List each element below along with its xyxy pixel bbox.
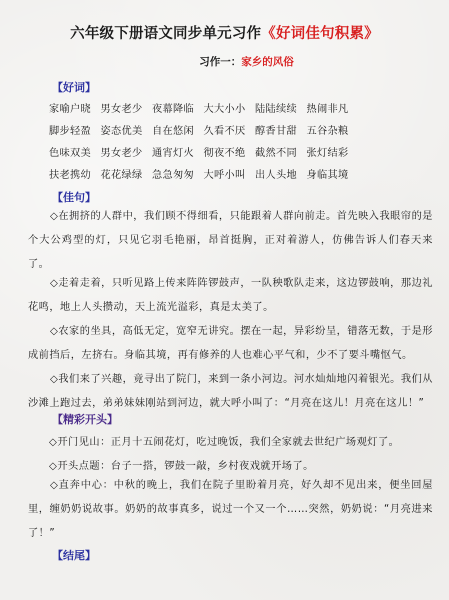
word: 夜幕降临 xyxy=(152,100,204,115)
word: 陆陆续续 xyxy=(255,100,307,115)
title-highlight: 《好词佳句积累》 xyxy=(261,26,379,42)
word: 身临其境 xyxy=(307,166,359,181)
word: 男女老少 xyxy=(101,100,153,115)
word: 扶老携幼 xyxy=(49,166,101,181)
word: 通宵灯火 xyxy=(152,144,204,159)
word: 醇香甘甜 xyxy=(255,122,307,137)
word: 热闹非凡 xyxy=(307,100,359,115)
word: 彻夜不绝 xyxy=(204,144,256,159)
section-heading-good-sentences: 【佳句】 xyxy=(52,189,96,205)
word-row: 扶老携幼花花绿绿急急匆匆大呼小叫出人头地身临其境 xyxy=(49,166,358,181)
opening-paragraph: ◇直奔中心：中秋的晚上，我们在院子里盼着月亮，好久却不见出来，便坐回屋里，缠奶奶… xyxy=(28,474,433,546)
word: 男女老少 xyxy=(101,144,153,159)
opening-item: ◇开头点题：台子一搭，锣鼓一敲，乡村夜戏就开场了。 xyxy=(49,457,314,472)
sentence-paragraph: ◇走着走着，只听见路上传来阵阵锣鼓声，一队秧歌队走来，这边锣鼓响，那边礼花鸣，地… xyxy=(28,272,433,320)
title-main: 六年级下册语文同步单元习作 xyxy=(70,26,261,42)
section-heading-endings: 【结尾】 xyxy=(52,547,96,563)
word: 截然不同 xyxy=(255,144,307,159)
sentence-paragraph: ◇在拥挤的人群中，我们顾不得细看，只能跟着人群向前走。首先映入我眼帘的是个大公鸡… xyxy=(28,205,433,277)
opening-item: ◇开门见山：正月十五闹花灯，吃过晚饭，我们全家就去世纪广场观灯了。 xyxy=(49,433,399,448)
word: 脚步轻盈 xyxy=(49,122,101,137)
word: 五谷杂粮 xyxy=(307,122,359,137)
subtitle-topic: 家乡的风俗 xyxy=(241,56,294,68)
word: 家喻户晓 xyxy=(49,100,101,115)
word: 姿态优美 xyxy=(101,122,153,137)
document-title: 六年级下册语文同步单元习作《好词佳句积累》 xyxy=(0,22,449,43)
word-row: 脚步轻盈姿态优美自在悠闲久看不厌醇香甘甜五谷杂粮 xyxy=(49,122,358,137)
sentence-paragraph: ◇我们来了兴趣，竟寻出了院门，来到一条小河边。河水灿灿地闪着银光。我们从沙滩上跑… xyxy=(28,368,433,416)
word-row: 家喻户晓男女老少夜幕降临大大小小陆陆续续热闹非凡 xyxy=(49,100,358,115)
section-heading-good-words: 【好词】 xyxy=(52,79,96,95)
word: 久看不厌 xyxy=(204,122,256,137)
sentence-paragraph: ◇农家的坐具，高低无定，宽窄无讲究。摆在一起，异彩纷呈，错落无数，于是形成前挡后… xyxy=(28,320,433,368)
word: 张灯结彩 xyxy=(307,144,359,159)
word: 自在悠闲 xyxy=(152,122,204,137)
word: 大大小小 xyxy=(204,100,256,115)
word: 色味双美 xyxy=(49,144,101,159)
document-subtitle: 习作一：家乡的风俗 xyxy=(0,54,449,69)
word: 花花绿绿 xyxy=(101,166,153,181)
word-row: 色味双美男女老少通宵灯火彻夜不绝截然不同张灯结彩 xyxy=(49,144,358,159)
section-heading-great-openings: 【精彩开头】 xyxy=(52,411,118,427)
word: 大呼小叫 xyxy=(204,166,256,181)
word: 出人头地 xyxy=(255,166,307,181)
subtitle-label: 习作一： xyxy=(199,56,241,68)
word: 急急匆匆 xyxy=(152,166,204,181)
